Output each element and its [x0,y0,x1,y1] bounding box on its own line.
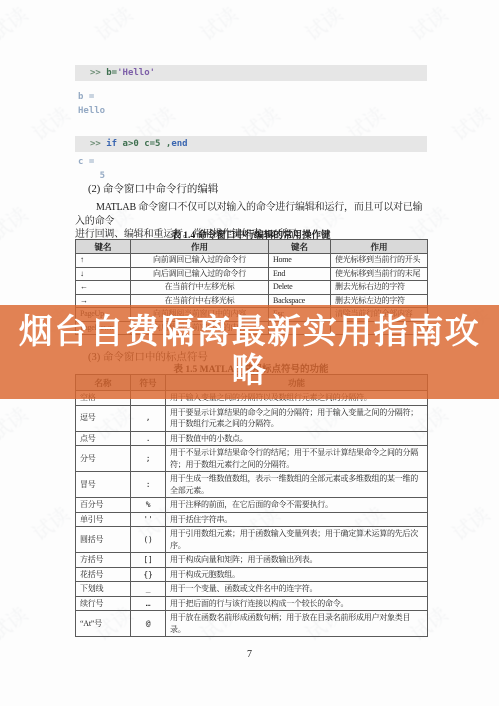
code-prompt: >> [90,68,106,78]
table-cell: 单引号 [76,512,131,527]
banner-overlay[interactable]: 烟台自费隔离最新实用指南攻 略 [0,305,499,399]
watermark-text: 试读 [25,499,74,546]
table-cell: 用于要显示计算结果的命令之间的分隔符；用于输入变量之间的分隔符；用于数组行元素之… [166,405,428,431]
code-segment: if [106,139,122,149]
table-row: 点号.用于数值中的小数点。 [76,431,428,446]
table-row: 花括号{}用于构成元胞数组。 [76,567,428,582]
table-cell: 点号 [76,431,131,446]
table-cell: '' [131,512,166,527]
code-output-line: c = [78,155,105,169]
table-row: 分号;用于不显示计算结果命令行的结尾；用于不显示计算结果命令之间的分隔符；用于数… [76,446,428,472]
table-cell: 用于不显示计算结果命令行的结尾；用于不显示计算结果命令之间的分隔符；用于数组元素… [166,446,428,472]
section-heading-2: (2) 命令窗口中命令行的编辑 [88,181,218,196]
table-cell: 方括号 [76,553,131,568]
table-cell: 用于引用数组元素；用于函数输入变量列表；用于确定算术运算的先后次序。 [166,527,428,553]
table-cell: () [131,527,166,553]
table-cell: [] [131,553,166,568]
code-output-line: Hello [78,104,105,118]
watermark-text: 试读 [0,199,33,246]
table-row: 续行号…用于把后面的行与该行连接以构成一个较长的命令。 [76,596,428,611]
table-header-cell: 作用 [131,240,269,254]
table-cell: End [269,267,331,281]
table-row: 冒号:用于生成一维数值数组，表示一维数组的全部元素或多维数组的某一维的全部元素。 [76,472,428,498]
table-row: 逗号,用于要显示计算结果的命令之间的分隔符；用于输入变量之间的分隔符；用于数组行… [76,405,428,431]
table-cell: ; [131,446,166,472]
table-cell: 向后调回已输入过的命令行 [131,267,269,281]
table-header-cell: 作用 [331,240,428,254]
table-header-row: 键名作用键名作用 [76,240,428,254]
table-cell: 用于注释的前面，在它后面的命令不需要执行。 [166,498,428,513]
code-prompt: >> [90,139,106,149]
table-row: “At”号@用于放在函数名前形成函数句柄；用于放在目录名前形成用户对象类目录。 [76,611,428,637]
watermark-text: 试读 [445,499,494,546]
table-row: ↓向后调回已输入过的命令行End使光标移到当前行的末尾 [76,267,428,281]
watermark-text: 试读 [193,0,242,46]
table-cell: ← [76,281,131,295]
document-page: 试读试读试读试读试读试读试读试读试读试读试读试读试读试读试读试读试读试读试读试读… [0,0,499,706]
code-output-if: c = 5 [78,155,105,183]
table-cell: 向前调回已输入过的命令行 [131,254,269,268]
table-cell: 花括号 [76,567,131,582]
table-row: ↑向前调回已输入过的命令行Home使光标移到当前行的开头 [76,254,428,268]
table-cell: 用于数值中的小数点。 [166,431,428,446]
table-cell: 使光标移到当前行的末尾 [331,267,428,281]
table-cell: 逗号 [76,405,131,431]
banner-text-line-2: 略 [232,352,268,391]
paragraph-line: MATLAB 命令窗口不仅可以对输入的命令进行编辑和运行，而且可以对已输入的命令 [75,201,428,228]
code-block-hello: >> b='Hello' [75,65,427,81]
table-cell: . [131,431,166,446]
code-segment: end [171,139,187,149]
table-cell: 圆括号 [76,527,131,553]
table-row: 下划线_用于一个变量、函数或文件名中的连字符。 [76,582,428,597]
table-row: 单引号''用于括住字符串。 [76,512,428,527]
banner-text-line-1: 烟台自费隔离最新实用指南攻 [19,313,481,352]
table-cell: _ [131,582,166,597]
watermark-text: 试读 [298,0,347,46]
watermark-text: 试读 [403,0,452,46]
table-cell: Home [269,254,331,268]
table-cell: @ [131,611,166,637]
table-cell: “At”号 [76,611,131,637]
table-row: 方括号[]用于构成向量和矩阵；用于函数输出列表。 [76,553,428,568]
watermark-text: 试读 [445,99,494,146]
table-row: ←在当前行中左移光标Delete删去光标右边的字符 [76,281,428,295]
table-1-5: 名称符号功能 空格用于输入变量之间的分隔符以及数组行元素之间的分隔符。逗号,用于… [75,374,428,637]
watermark-text: 试读 [25,99,74,146]
watermark-text: 试读 [88,0,137,46]
table-cell: 分号 [76,446,131,472]
table-cell: … [131,596,166,611]
table-cell: 使光标移到当前行的开头 [331,254,428,268]
code-output-line: b = [78,90,105,104]
table-header-cell: 键名 [76,240,131,254]
table-cell: ↑ [76,254,131,268]
table-cell: % [131,498,166,513]
table-cell: 用于生成一维数值数组，表示一维数组的全部元素或多维数组的某一维的全部元素。 [166,472,428,498]
page-number: 7 [0,649,499,660]
table-cell: 续行号 [76,596,131,611]
table-cell: 百分号 [76,498,131,513]
table-cell: 用于放在函数名前形成函数句柄；用于放在目录名前形成用户对象类目录。 [166,611,428,637]
table-cell: 下划线 [76,582,131,597]
table-row: 百分号%用于注释的前面，在它后面的命令不需要执行。 [76,498,428,513]
table-cell: 用于构成向量和矩阵；用于函数输出列表。 [166,553,428,568]
table-cell: 用于一个变量、函数或文件名中的连字符。 [166,582,428,597]
table-cell: , [131,405,166,431]
code-output-hello: b =Hello [78,90,105,118]
table-cell: : [131,472,166,498]
table-cell: 删去光标右边的字符 [331,281,428,295]
table-cell: 用于构成元胞数组。 [166,567,428,582]
code-segment: b= [106,68,117,78]
code-block-if: >> if a>0 c=5 ,end [75,136,427,152]
table-header-cell: 键名 [269,240,331,254]
table-cell: 用于把后面的行与该行连接以构成一个较长的命令。 [166,596,428,611]
watermark-text: 试读 [0,399,33,446]
table-cell: Delete [269,281,331,295]
code-segment: a>0 c=5 , [123,139,172,149]
code-segment: 'Hello' [117,68,155,78]
table-cell: {} [131,567,166,582]
table-row: 圆括号()用于引用数组元素；用于函数输入变量列表；用于确定算术运算的先后次序。 [76,527,428,553]
table-cell: 用于括住字符串。 [166,512,428,527]
table-cell: ↓ [76,267,131,281]
watermark-text: 试读 [0,599,33,646]
watermark-text: 试读 [0,0,33,46]
table-cell: 在当前行中左移光标 [131,281,269,295]
table-cell: 冒号 [76,472,131,498]
